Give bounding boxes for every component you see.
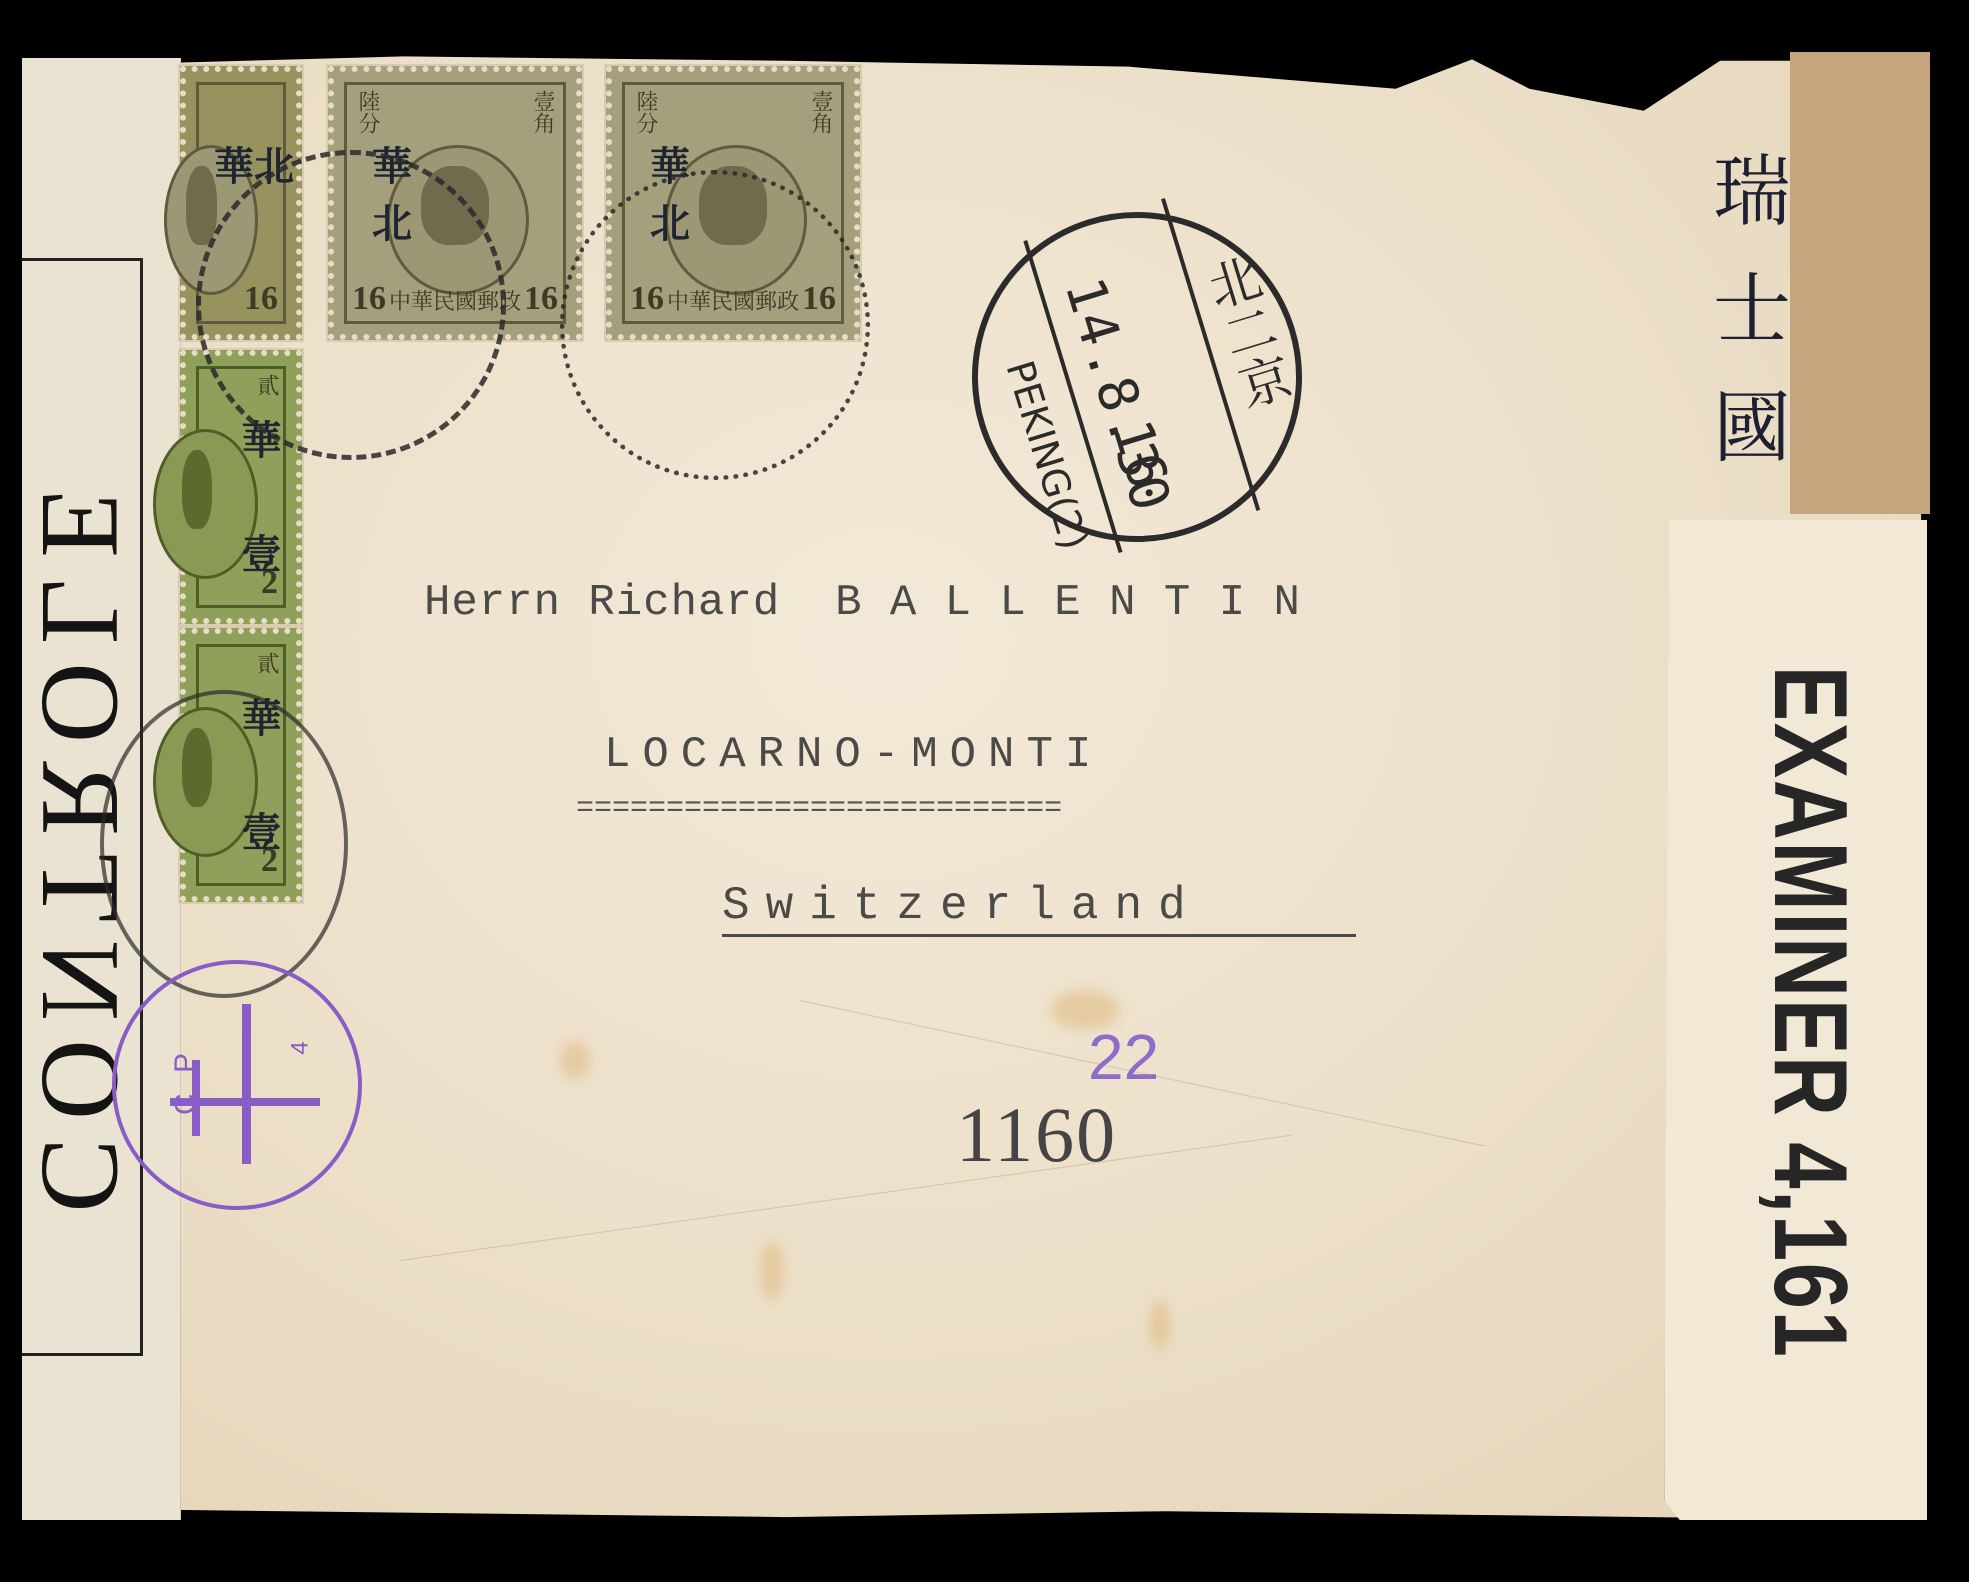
black-number-marking: 1160 — [956, 1090, 1117, 1180]
address-double-rule: =========================== — [576, 792, 1062, 826]
country-underline — [722, 934, 1356, 937]
addressee-name: Herrn Richard B A L L E N T I N — [424, 578, 1301, 628]
foxing-stain — [560, 1040, 590, 1080]
handwritten-destination: 瑞士國 — [1706, 150, 1784, 504]
kraft-paper-label — [1790, 52, 1930, 514]
foxing-stain — [1150, 1300, 1170, 1350]
purple-number-marking: 22 — [1088, 1020, 1159, 1094]
address-city: LOCARNO-MONTI — [604, 730, 1103, 780]
address-country: Switzerland — [722, 880, 1202, 932]
cancel-postmark — [100, 690, 348, 998]
foxing-stain — [760, 1240, 784, 1300]
examiner-text: EXAMINER 4,161 — [1758, 532, 1862, 1492]
censor-cp-handstamp: C P 4 — [112, 960, 362, 1210]
cancel-postmark — [560, 170, 870, 480]
cancel-postmark — [196, 150, 506, 460]
